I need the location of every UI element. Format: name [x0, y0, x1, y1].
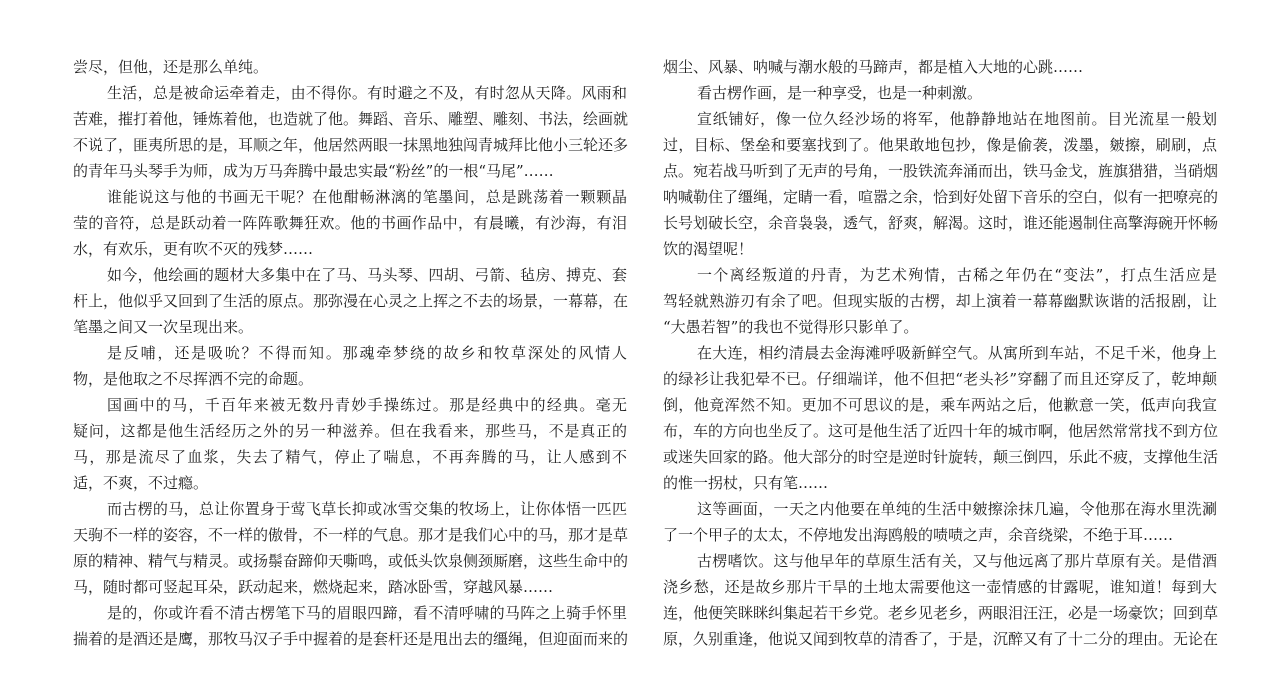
- text-line: 马，那是流尽了血浆，失去了精气，停止了喘息，不再奔腾的马，让人感到不: [73, 444, 627, 470]
- text-line: 国画中的马，千百年来被无数丹青妙手操练过。那是经典中的经典。毫无: [73, 392, 627, 418]
- text-line: 天驹不一样的姿容，不一样的傲骨，不一样的气息。那才是我们心中的马，那才是草: [73, 522, 627, 548]
- text-line: 烟尘、风暴、呐喊与潮水般的马蹄声，都是植入大地的心跳……: [663, 54, 1217, 80]
- text-column-left: 尝尽，但他，还是那么单纯。生活，总是被命运牵着走，由不得你。有时避之不及，有时忽…: [73, 54, 627, 652]
- text-column-right: 烟尘、风暴、呐喊与潮水般的马蹄声，都是植入大地的心跳……看古楞作画，是一种享受，…: [663, 54, 1217, 652]
- text-line: 原，久别重逢，他说又闻到牧草的清香了，于是，沉醉又有了十二分的理由。无论在: [663, 626, 1217, 652]
- text-line: 连，他便笑眯眯纠集起若干乡党。老乡见老乡，两眼泪汪汪，必是一场豪饮；回到草: [663, 600, 1217, 626]
- text-line: 原的精神、精气与精灵。或扬鬃奋蹄仰天嘶鸣，或低头饮泉侧颈厮磨，这些生命中的: [73, 548, 627, 574]
- text-line: 杆上，他似乎又回到了生活的原点。那弥漫在心灵之上挥之不去的场景，一幕幕，在: [73, 288, 627, 314]
- text-line: 或迷失回家的路。他大部分的时空是逆时针旋转，颠三倒四，乐此不疲，支撑他生活: [663, 444, 1217, 470]
- text-line: 适，不爽，不过瘾。: [73, 470, 627, 496]
- text-line: 长号划破长空，余音袅袅，透气，舒爽，解渴。这时，谁还能遏制住高擎海碗开怀畅: [663, 210, 1217, 236]
- text-line: 布，车的方向也坐反了。这可是他生活了近四十年的城市啊，他居然常常找不到方位: [663, 418, 1217, 444]
- text-line: 倒，他竟浑然不知。更加不可思议的是，乘车两站之后，他歉意一笑，低声向我宣: [663, 392, 1217, 418]
- text-line: 苦难，摧打着他，锤炼着他，也造就了他。舞蹈、音乐、雕塑、雕刻、书法，绘画就: [73, 106, 627, 132]
- text-line: 古楞嗜饮。这与他早年的草原生活有关，又与他远离了那片草原有关。是借酒: [663, 548, 1217, 574]
- text-line: 水，有欢乐，更有吹不灭的残梦……: [73, 236, 627, 262]
- text-line: 马，随时都可竖起耳朵，跃动起来，燃烧起来，踏冰卧雪，穿越风暴……: [73, 574, 627, 600]
- text-line: 的惟一拐杖，只有笔……: [663, 470, 1217, 496]
- text-line: 疑问，这都是他生活经历之外的另一种滋养。但在我看来，那些马，不是真正的: [73, 418, 627, 444]
- text-line: “大愚若智”的我也不觉得形只影单了。: [663, 314, 1217, 340]
- text-line: 宣纸铺好，像一位久经沙场的将军，他静静地站在地图前。目光流星一般划: [663, 106, 1217, 132]
- text-line: 的绿衫让我犯晕不已。仔细端详，他不但把“老头衫”穿翻了而且还穿反了，乾坤颠: [663, 366, 1217, 392]
- text-line: 这等画面，一天之内他要在单纯的生活中皴擦涂抹几遍，令他那在海水里洗涮: [663, 496, 1217, 522]
- text-line: 是反哺，还是吸吮？不得而知。那魂牵梦绕的故乡和牧草深处的风情人: [73, 340, 627, 366]
- text-line: 过，目标、堡垒和要塞找到了。他果敢地包抄，像是偷袭，泼墨，皴擦，刷刷，点: [663, 132, 1217, 158]
- text-line: 在大连，相约清晨去金海滩呼吸新鲜空气。从寓所到车站，不足千米，他身上: [663, 340, 1217, 366]
- text-line: 是的，你或许看不清古楞笔下马的眉眼四蹄，看不清呼啸的马阵之上骑手怀里: [73, 600, 627, 626]
- text-line: 尝尽，但他，还是那么单纯。: [73, 54, 627, 80]
- text-line: 点。宛若战马听到了无声的号角，一股铁流奔涌而出，铁马金戈，旌旗猎猎，当硝烟: [663, 158, 1217, 184]
- text-line: 揣着的是酒还是鹰，那牧马汉子手中握着的是套杆还是甩出去的缰绳，但迎面而来的: [73, 626, 627, 652]
- text-line: 看古楞作画，是一种享受，也是一种刺激。: [663, 80, 1217, 106]
- text-line: 谁能说这与他的书画无干呢？在他酣畅淋漓的笔墨间，总是跳荡着一颗颗晶: [73, 184, 627, 210]
- text-line: 而古楞的马，总让你置身于莺飞草长抑或冰雪交集的牧场上，让你体悟一匹匹: [73, 496, 627, 522]
- text-line: 物，是他取之不尽挥洒不完的命题。: [73, 366, 627, 392]
- text-line: 了一个甲子的太太，不停地发出海鸥般的啧啧之声，余音绕梁，不绝于耳……: [663, 522, 1217, 548]
- text-line: 浇乡愁，还是故乡那片干旱的土地太需要他这一壶情感的甘露呢，谁知道！每到大: [663, 574, 1217, 600]
- text-line: 饮的渴望呢！: [663, 236, 1217, 262]
- text-line: 呐喊勒住了缰绳，定睛一看，喧嚣之余，恰到好处留下音乐的空白，似有一把嘹亮的: [663, 184, 1217, 210]
- text-line: 如今，他绘画的题材大多集中在了马、马头琴、四胡、弓箭、毡房、搏克、套: [73, 262, 627, 288]
- text-line: 一个离经叛道的丹青，为艺术殉情，古稀之年仍在“变法”，打点生活应是: [663, 262, 1217, 288]
- text-line: 不说了，匪夷所思的是，耳顺之年，他居然两眼一抹黑地独闯青城拜比他小三轮还多: [73, 132, 627, 158]
- text-line: 的青年马头琴手为师，成为万马奔腾中最忠实最“粉丝”的一根“马尾”……: [73, 158, 627, 184]
- text-line: 生活，总是被命运牵着走，由不得你。有时避之不及，有时忽从天降。风雨和: [73, 80, 627, 106]
- text-line: 驾轻就熟游刃有余了吧。但现实版的古楞，却上演着一幕幕幽默诙谐的活报剧，让: [663, 288, 1217, 314]
- text-line: 笔墨之间又一次呈现出来。: [73, 314, 627, 340]
- text-line: 莹的音符，总是跃动着一阵阵歌舞狂欢。他的书画作品中，有晨曦，有沙海，有泪: [73, 210, 627, 236]
